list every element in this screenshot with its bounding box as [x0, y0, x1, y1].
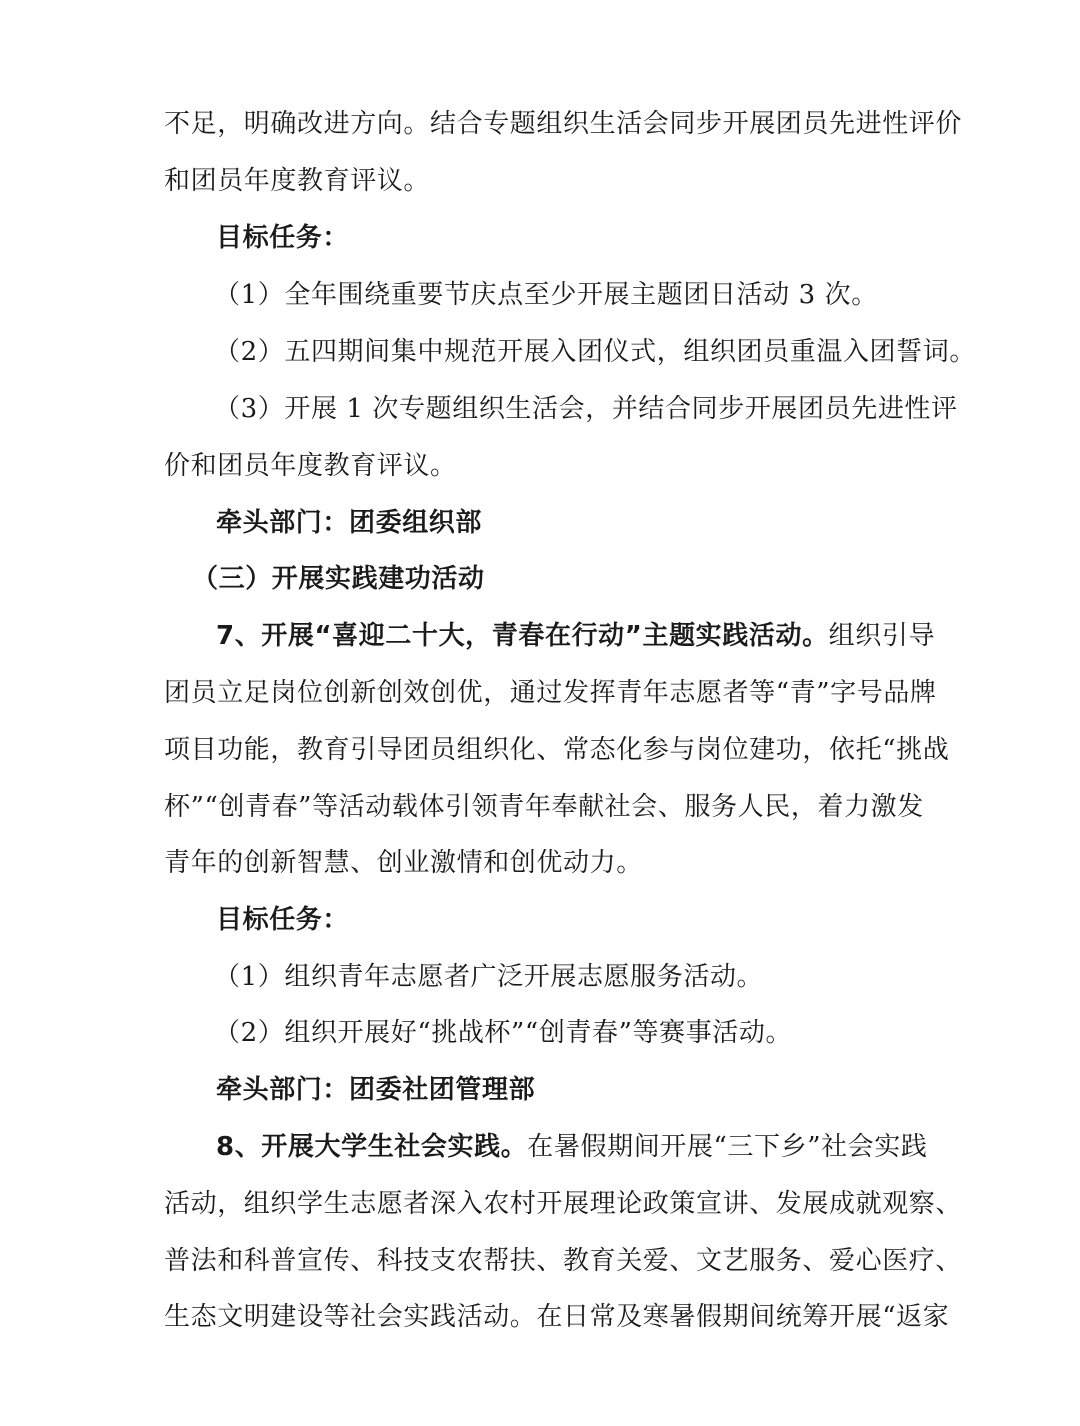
lead-department: 牵头部门：团委组织部: [216, 506, 482, 540]
item-8-text: 在暑假期间开展“三下乡”社会实践: [527, 1132, 927, 1162]
task-item: （1）组织青年志愿者广泛开展志愿服务活动。: [214, 960, 763, 994]
paragraph-line: 活动，组织学生志愿者深入农村开展理论政策宣讲、发展成就观察、: [164, 1187, 916, 1221]
lead-department: 牵头部门：团委社团管理部: [216, 1073, 535, 1107]
item-7-title: 7、开展“喜迎二十大，青春在行动”主题实践活动。: [216, 621, 829, 651]
paragraph-line: 和团员年度教育评议。: [164, 164, 430, 198]
paragraph-line: 青年的创新智慧、创业激情和创优动力。: [164, 846, 643, 880]
section-heading: （三）开展实践建功活动: [192, 562, 485, 596]
paragraph-line: 普法和科普宣传、科技支农帮扶、教育关爱、文艺服务、爱心医疗、: [164, 1244, 916, 1278]
target-tasks-heading: 目标任务：: [216, 903, 349, 937]
task-item: （2）组织开展好“挑战杯”“创青春”等赛事活动。: [214, 1016, 792, 1050]
item-8-heading-line: 8、开展大学生社会实践。在暑假期间开展“三下乡”社会实践: [216, 1130, 916, 1164]
paragraph-line: 不足，明确改进方向。结合专题组织生活会同步开展团员先进性评价: [164, 107, 916, 141]
item-8-title: 8、开展大学生社会实践。: [216, 1132, 527, 1162]
paragraph-line: 项目功能，教育引导团员组织化、常态化参与岗位建功，依托“挑战: [164, 733, 916, 767]
paragraph-line: 杯”“创青春”等活动载体引领青年奉献社会、服务人民，着力激发: [164, 790, 916, 824]
task-item: （1）全年围绕重要节庆点至少开展主题团日活动 3 次。: [214, 278, 878, 312]
task-item: （2）五四期间集中规范开展入团仪式，组织团员重温入团誓词。: [214, 335, 976, 369]
paragraph-line: 团员立足岗位创新创效创优，通过发挥青年志愿者等“青”字号品牌: [164, 676, 916, 710]
item-7-text: 组织引导: [829, 621, 935, 651]
paragraph-line: 生态文明建设等社会实践活动。在日常及寒暑假期间统筹开展“返家: [164, 1300, 916, 1334]
task-item: （3）开展 1 次专题组织生活会，并结合同步开展团员先进性评: [214, 392, 916, 426]
task-item-continuation: 价和团员年度教育评议。: [164, 449, 457, 483]
item-7-heading-line: 7、开展“喜迎二十大，青春在行动”主题实践活动。组织引导: [216, 619, 916, 653]
target-tasks-heading: 目标任务：: [216, 221, 349, 255]
document-page: 不足，明确改进方向。结合专题组织生活会同步开展团员先进性评价 和团员年度教育评议…: [0, 0, 1080, 1426]
